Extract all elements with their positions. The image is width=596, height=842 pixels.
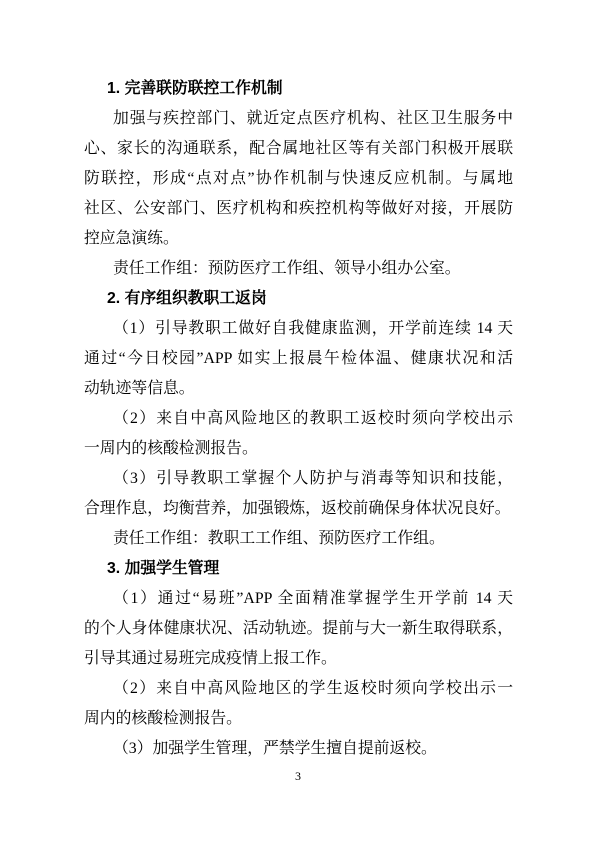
document-body: 1. 完善联防联控工作机制加强与疾控部门、就近定点医疗机构、社区卫生服务中心、家…: [84, 74, 513, 764]
section-heading: 3. 加强学生管理: [84, 554, 513, 584]
text-line: 防联控，形成“点对点”协作机制与快速反应机制。与属地: [84, 164, 513, 194]
section-heading: 2. 有序组织教职工返岗: [84, 284, 513, 314]
text-line: （1）通过“易班”APP 全面精准掌握学生开学前 14 天: [84, 584, 513, 614]
text-line: 的个人身体健康状况、活动轨迹。提前与大一新生取得联系，: [84, 614, 513, 644]
text-line: 引导其通过易班完成疫情上报工作。: [84, 644, 513, 674]
text-line: 责任工作组：教职工工作组、预防医疗工作组。: [84, 524, 513, 554]
text-line: 一周内的核酸检测报告。: [84, 434, 513, 464]
page-number: 3: [0, 766, 596, 786]
text-line: 社区、公安部门、医疗机构和疾控机构等做好对接，开展防: [84, 194, 513, 224]
text-line: （1）引导教职工做好自我健康监测，开学前连续 14 天: [84, 314, 513, 344]
text-line: 控应急演练。: [84, 224, 513, 254]
text-line: （2）来自中高风险地区的学生返校时须向学校出示一: [84, 674, 513, 704]
text-line: 通过“今日校园”APP 如实上报晨午检体温、健康状况和活: [84, 344, 513, 374]
text-line: 合理作息，均衡营养，加强锻炼，返校前确保身体状况良好。: [84, 494, 513, 524]
text-line: 心、家长的沟通联系，配合属地社区等有关部门积极开展联: [84, 134, 513, 164]
section-heading: 1. 完善联防联控工作机制: [84, 74, 513, 104]
document-page: 1. 完善联防联控工作机制加强与疾控部门、就近定点医疗机构、社区卫生服务中心、家…: [0, 0, 596, 842]
text-line: 周内的核酸检测报告。: [84, 704, 513, 734]
text-line: （2）来自中高风险地区的教职工返校时须向学校出示: [84, 404, 513, 434]
text-line: 动轨迹等信息。: [84, 374, 513, 404]
text-line: 责任工作组：预防医疗工作组、领导小组办公室。: [84, 254, 513, 284]
text-line: 加强与疾控部门、就近定点医疗机构、社区卫生服务中: [84, 104, 513, 134]
text-line: （3）加强学生管理，严禁学生擅自提前返校。: [84, 734, 513, 764]
text-line: （3）引导教职工掌握个人防护与消毒等知识和技能，: [84, 464, 513, 494]
